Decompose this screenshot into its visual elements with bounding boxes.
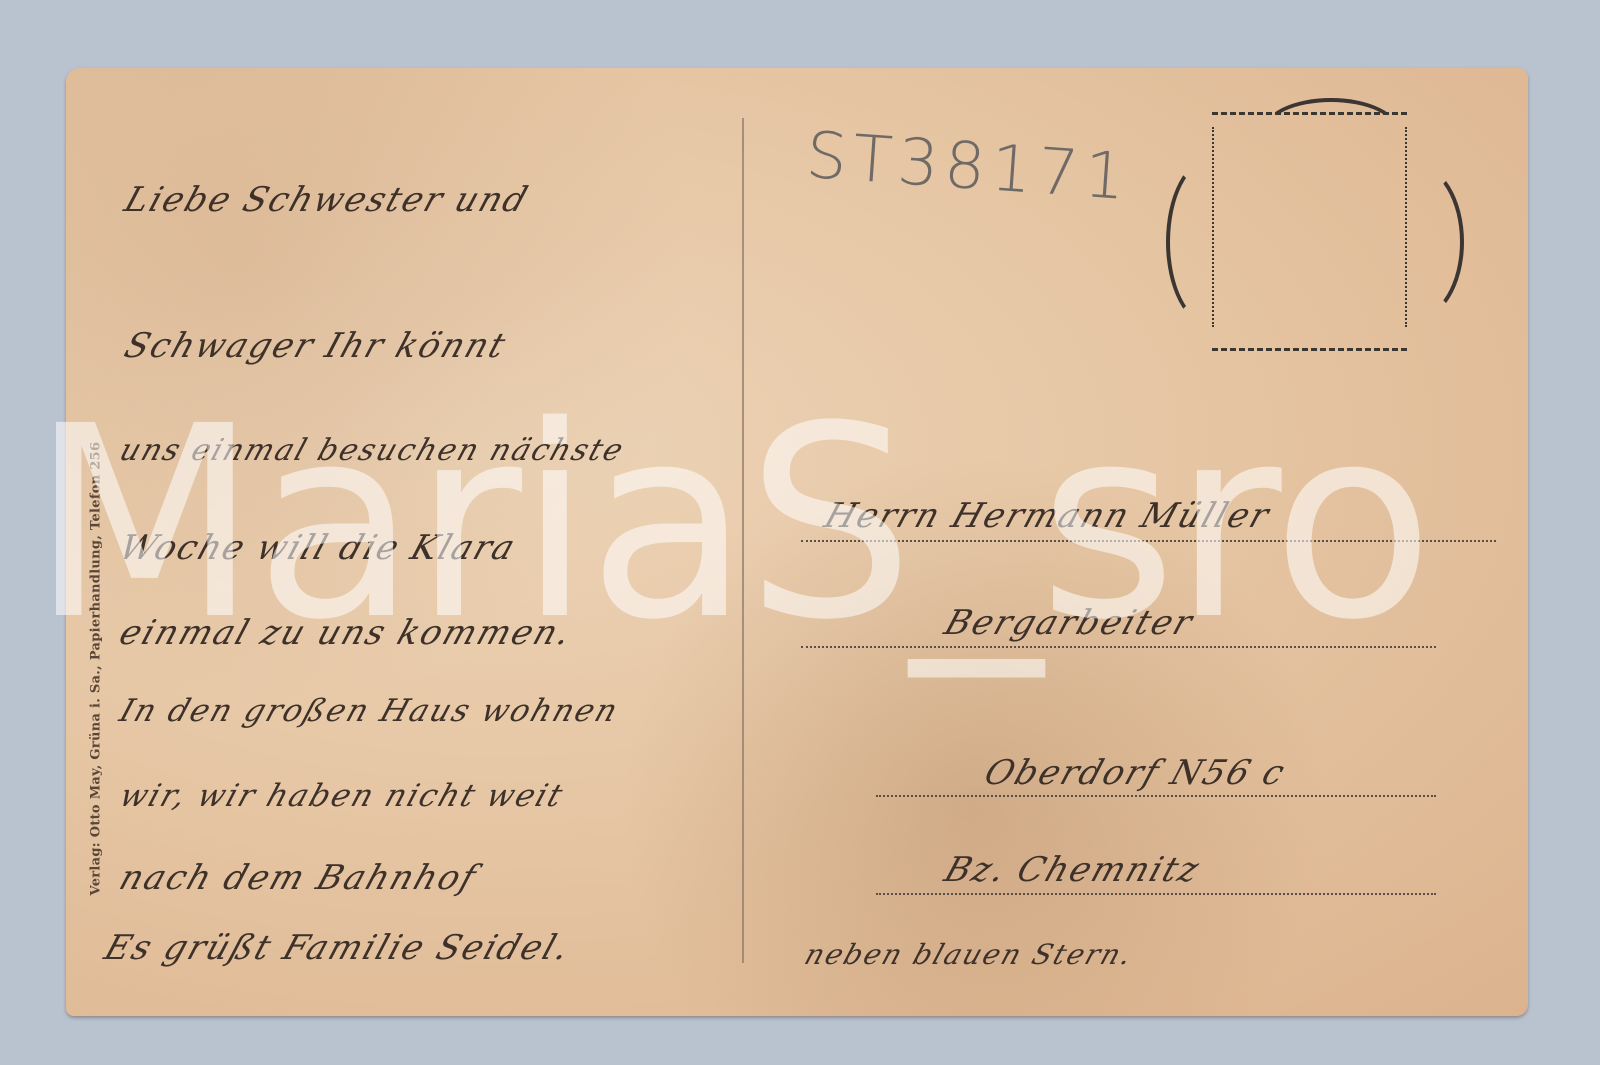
message-line: wir, wir haben nicht weit — [115, 778, 569, 814]
address-line: neben blauen Stern. — [801, 938, 1138, 971]
message-line: Schwager Ihr könnt — [120, 326, 512, 366]
address-rule — [876, 795, 1436, 797]
address-rule — [876, 893, 1436, 895]
publisher-imprint: Verlag: Otto May, Grüna i. Sa., Papierha… — [89, 176, 104, 896]
postcard-back: Verlag: Otto May, Grüna i. Sa., Papierha… — [66, 68, 1528, 1016]
address-rule — [801, 540, 1496, 542]
message-line: uns einmal besuchen nächste — [115, 433, 629, 468]
address-line: Herrn Hermann Müller — [820, 496, 1276, 536]
stamp-placeholder — [1212, 112, 1407, 351]
address-line: Bergarbeiter — [940, 603, 1199, 643]
message-line: einmal zu uns kommen. — [115, 613, 578, 653]
message-line: Liebe Schwester und — [120, 180, 535, 220]
address-rule — [801, 646, 1436, 648]
reference-code: ST38171 — [804, 119, 1134, 216]
address-line: Bz. Chemnitz — [940, 850, 1206, 890]
message-line: Woche will die Klara — [115, 528, 522, 568]
message-line: Es grüßt Familie Seidel. — [100, 928, 576, 968]
message-line: In den großen Haus wohnen — [115, 693, 624, 729]
center-divider — [742, 118, 744, 963]
message-line: nach dem Bahnhof — [115, 858, 483, 898]
address-line: Oberdorf N56 c — [980, 753, 1292, 793]
